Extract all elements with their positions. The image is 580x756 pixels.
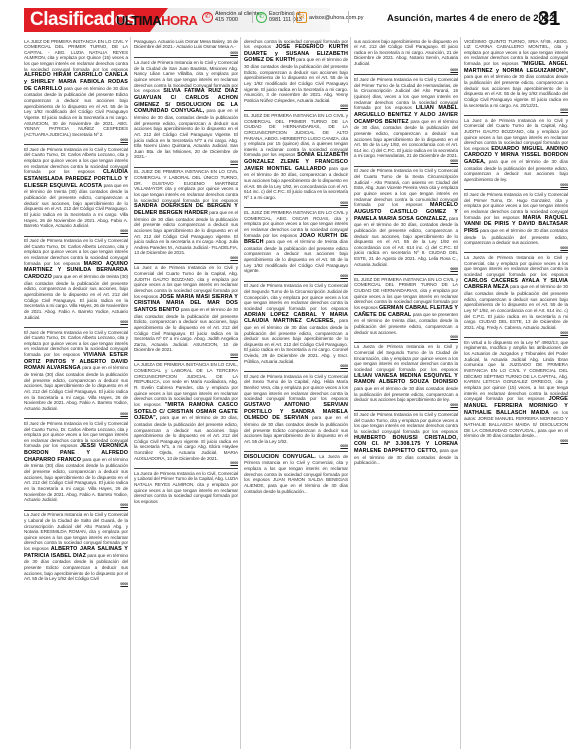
ad-body-intro: La Jueza de Primera Instancia en lo Civi…: [134, 471, 238, 504]
classified-ad: LA JUEZA DE PRIMERA INSTANCIA EN LO CIVI…: [134, 360, 238, 468]
classified-ad: El Juez de Primera Instancia en lo Civil…: [24, 327, 128, 418]
ad-body-text: para que en el término de 30 días, conta…: [354, 216, 458, 267]
ad-body-text: para que en el término de 30 días contad…: [244, 318, 348, 364]
ad-reference-code: 0000: [354, 68, 458, 74]
divider: [348, 11, 349, 23]
classified-ad: El Juez de Primera Instancia en lo Civil…: [24, 144, 128, 235]
classified-ad: EL JUEZ DE PRIMERA INSTANCIA EN LO CIVIL…: [354, 274, 458, 342]
column-4: sus acciones bajo apercibimiento de lo d…: [354, 37, 461, 749]
classified-ad: derechos contra la sociedad conyugal for…: [244, 37, 348, 110]
classified-ad: El Juez de Primera Instancia en lo Civil…: [244, 371, 348, 451]
ad-body-text: para que en el término de 30 días, conta…: [354, 119, 458, 159]
ad-reference-code: 0000: [24, 229, 128, 235]
classified-ad: En virtud a lo dispuesto en la Ley Nº 49…: [464, 337, 568, 445]
ad-party-names: LILIAN VANESA MEDINA ESQUIVEL Y RAMON AL…: [354, 373, 458, 386]
newspaper-logo: ULTIMAHORA: [116, 13, 197, 28]
classified-ad: El Juez de Primera Instancia en lo Civil…: [244, 281, 348, 371]
classified-ad: LA JUEZ DE PRIMERA INSTANCIA EN LO CIVIL…: [24, 37, 128, 144]
ad-reference-code: 0000: [134, 256, 238, 262]
classified-ad: EL JUEZ DE PRIMERA INSTANCIA EN LO CIVIL…: [244, 207, 348, 280]
page-header: Clasificados ULTIMAHORA ✆ Atención al cl…: [0, 0, 580, 36]
ad-reference-code: 0000: [354, 335, 458, 341]
ad-reference-code: 0000: [464, 183, 568, 189]
ad-reference-code: 0000: [244, 444, 348, 450]
divider: [293, 11, 294, 23]
ad-reference-code: 0000: [134, 160, 238, 166]
ad-body-text: para que en el término de treinta (30) d…: [24, 274, 128, 320]
ad-reference-code: 0000: [134, 51, 238, 57]
ad-body-text: para que en el término de 30 días contad…: [464, 284, 568, 330]
ad-reference-code: 0000: [244, 201, 348, 207]
ad-body-text: para que en el término de 30 días contad…: [134, 307, 238, 353]
ad-body-text: para que en el término de 30 días contad…: [354, 386, 458, 402]
column-5: VIGÉSIMO QUINTO TURNO, SRIA Nº49, ABOG. …: [464, 37, 570, 749]
contact-email: ✉ avisos@uhora.com.py: [296, 12, 364, 23]
classified-ad: La Juez a de Primera Instancia en lo Civ…: [134, 263, 238, 360]
classified-ad: La Jueza de Primera Instancia en lo Civi…: [464, 252, 568, 337]
ad-body-intro: La Jueza de Primera Instancia en lo Civi…: [464, 255, 568, 277]
ad-body-text: para que en el término de 30 días contad…: [244, 57, 348, 103]
classified-ad: El Juez de Primera Instancia en lo Civil…: [354, 410, 458, 467]
dateline: Asunción, martes 4 de enero de 2022: [387, 13, 554, 24]
ad-body-intro: EL JUEZ DE PRIMERA INSTANCIA EN LO CIVIL…: [244, 113, 348, 158]
ad-party-names: ADRIAN LOPEZ CABRAL Y MARIA CLAUDIA MART…: [244, 312, 348, 325]
ad-body-intro: El Juez de Primera Instancia en lo Civil…: [354, 412, 458, 434]
classified-ad: El Juez de Primera Instancia en lo Civil…: [354, 74, 458, 165]
ad-reference-code: 0000: [464, 108, 568, 114]
ad-reference-code: 0000: [244, 274, 348, 280]
column-1: LA JUEZ DE PRIMERA INSTANCIA EN LO CIVIL…: [24, 37, 131, 749]
ad-body-intro: LA JUEZ DE PRIMERA INSTANCIA EN LO CIVIL…: [24, 39, 128, 72]
classified-ad: El Juez de Primera Instancia en lo Civil…: [24, 236, 128, 327]
ad-reference-code: 0000: [244, 364, 348, 370]
classified-ad: sus acciones bajo apercibimiento de lo d…: [354, 37, 458, 74]
ad-reference-code: 0000: [354, 267, 458, 273]
ad-reference-code: 0000: [24, 138, 128, 144]
ad-body-text: para que en el término de 30 días, conta…: [134, 108, 238, 159]
contact-whatsapp: ✆ Escríbinos al0981 111 013: [256, 11, 302, 23]
divider: [252, 11, 253, 23]
ad-body-intro: EL JUEZ DE PRIMERA INSTANCIA EN LO CIVIL…: [134, 169, 238, 202]
ad-body-intro: LA JUEZA DE PRIMERA INSTANCIA EN LO CIVI…: [134, 362, 238, 407]
ad-body-text: para que en el término de treinta (30) d…: [24, 183, 128, 229]
ad-body-intro: El Juez de Primera Instancia en lo Civil…: [244, 283, 348, 311]
ad-body-intro: sus acciones bajo apercibimiento de lo d…: [354, 39, 458, 67]
classified-ad: Paraguayo. Actuario Luis Osmar Mesa Bale…: [134, 37, 238, 57]
classified-ad: El Juez de Primera Instancia en lo Civil…: [354, 166, 458, 274]
mail-icon: ✉: [296, 12, 307, 23]
ad-body-text: para que en el término de 30 días contad…: [464, 228, 568, 245]
classified-ad: EL JUEZ DE PRIMERA INSTANCIA EN LO CIVIL…: [244, 110, 348, 207]
column-2: Paraguayo. Actuario Luis Osmar Mesa Bale…: [134, 37, 241, 749]
ad-body-intro: El Juez de Primera Instancia en lo Civil…: [244, 374, 348, 402]
ad-body-intro: En virtud a lo dispuesto en la Ley Nº 49…: [464, 340, 568, 402]
ad-reference-code: 0000: [24, 320, 128, 326]
ad-reference-code: 0000: [354, 159, 458, 165]
column-3: derechos contra la sociedad conyugal for…: [244, 37, 351, 749]
whatsapp-icon: ✆: [256, 12, 267, 23]
ad-body-text: para que en el término de 30 días contad…: [134, 210, 238, 256]
ad-reference-code: 0000: [24, 582, 128, 588]
classified-ad: La Jueza de Primera Instancia en lo Civi…: [354, 342, 458, 410]
page-number: 31: [538, 8, 560, 31]
ad-reference-code: 0000: [244, 104, 348, 110]
ad-reference-code: 0000: [464, 439, 568, 445]
ad-body-text: para que en el término de treinta (30) d…: [24, 457, 128, 503]
ad-reference-code: 0000: [354, 403, 458, 409]
classified-ad: La Juez de Primera Instancia en lo Civil…: [134, 57, 238, 166]
ad-body-text: para que en el término de 30 días, conta…: [134, 415, 238, 461]
ad-reference-code: 0000: [464, 331, 568, 337]
ad-body-text: para que en el término de treinta (30) d…: [24, 365, 128, 411]
ad-reference-code: 0000: [464, 246, 568, 252]
classified-ad: DISOLUCION CONYUGAL. La Jueza de Primera…: [244, 451, 348, 495]
classified-ad: VIGÉSIMO QUINTO TURNO, SRIA Nº49, ABOG. …: [464, 37, 568, 115]
ad-reference-code: 0000: [24, 412, 128, 418]
ad-body-text: para que en término de 30 días contados …: [24, 86, 128, 137]
classified-ad: La Juez a de Primera Instancia en lo Civ…: [464, 115, 568, 189]
ad-body-intro: Paraguayo. Actuario Luis Osmar Mesa Bale…: [134, 39, 238, 50]
ad-reference-code: 0000: [134, 353, 238, 359]
ad-body-text: La Jueza de Primera Instancia en lo Civi…: [244, 454, 348, 494]
phone-icon: ✆: [202, 12, 213, 23]
ad-body-intro: La Jueza de Primera Instancia en lo Civi…: [354, 344, 458, 372]
ad-party-names: DISOLUCION CONYUGAL.: [244, 454, 316, 460]
classified-ad: El Juez de Primera Instancia en lo Civil…: [464, 189, 568, 252]
classified-columns: LA JUEZ DE PRIMERA INSTANCIA EN LO CIVIL…: [24, 37, 570, 749]
classified-ad: La Juez de Primera Instancia en lo Civil…: [24, 510, 128, 589]
ad-reference-code: 0000: [24, 503, 128, 509]
ad-reference-code: 0000: [134, 461, 238, 467]
classified-ad: El Juez de Primera Instancia en lo Civil…: [24, 418, 128, 509]
ad-body-text: para que en el término de 30 días contad…: [464, 74, 568, 107]
classified-ad: EL JUEZ DE PRIMERA INSTANCIA EN LO CIVIL…: [134, 167, 238, 263]
classified-ad: La Jueza de Primera Instancia en lo Civi…: [134, 468, 238, 506]
